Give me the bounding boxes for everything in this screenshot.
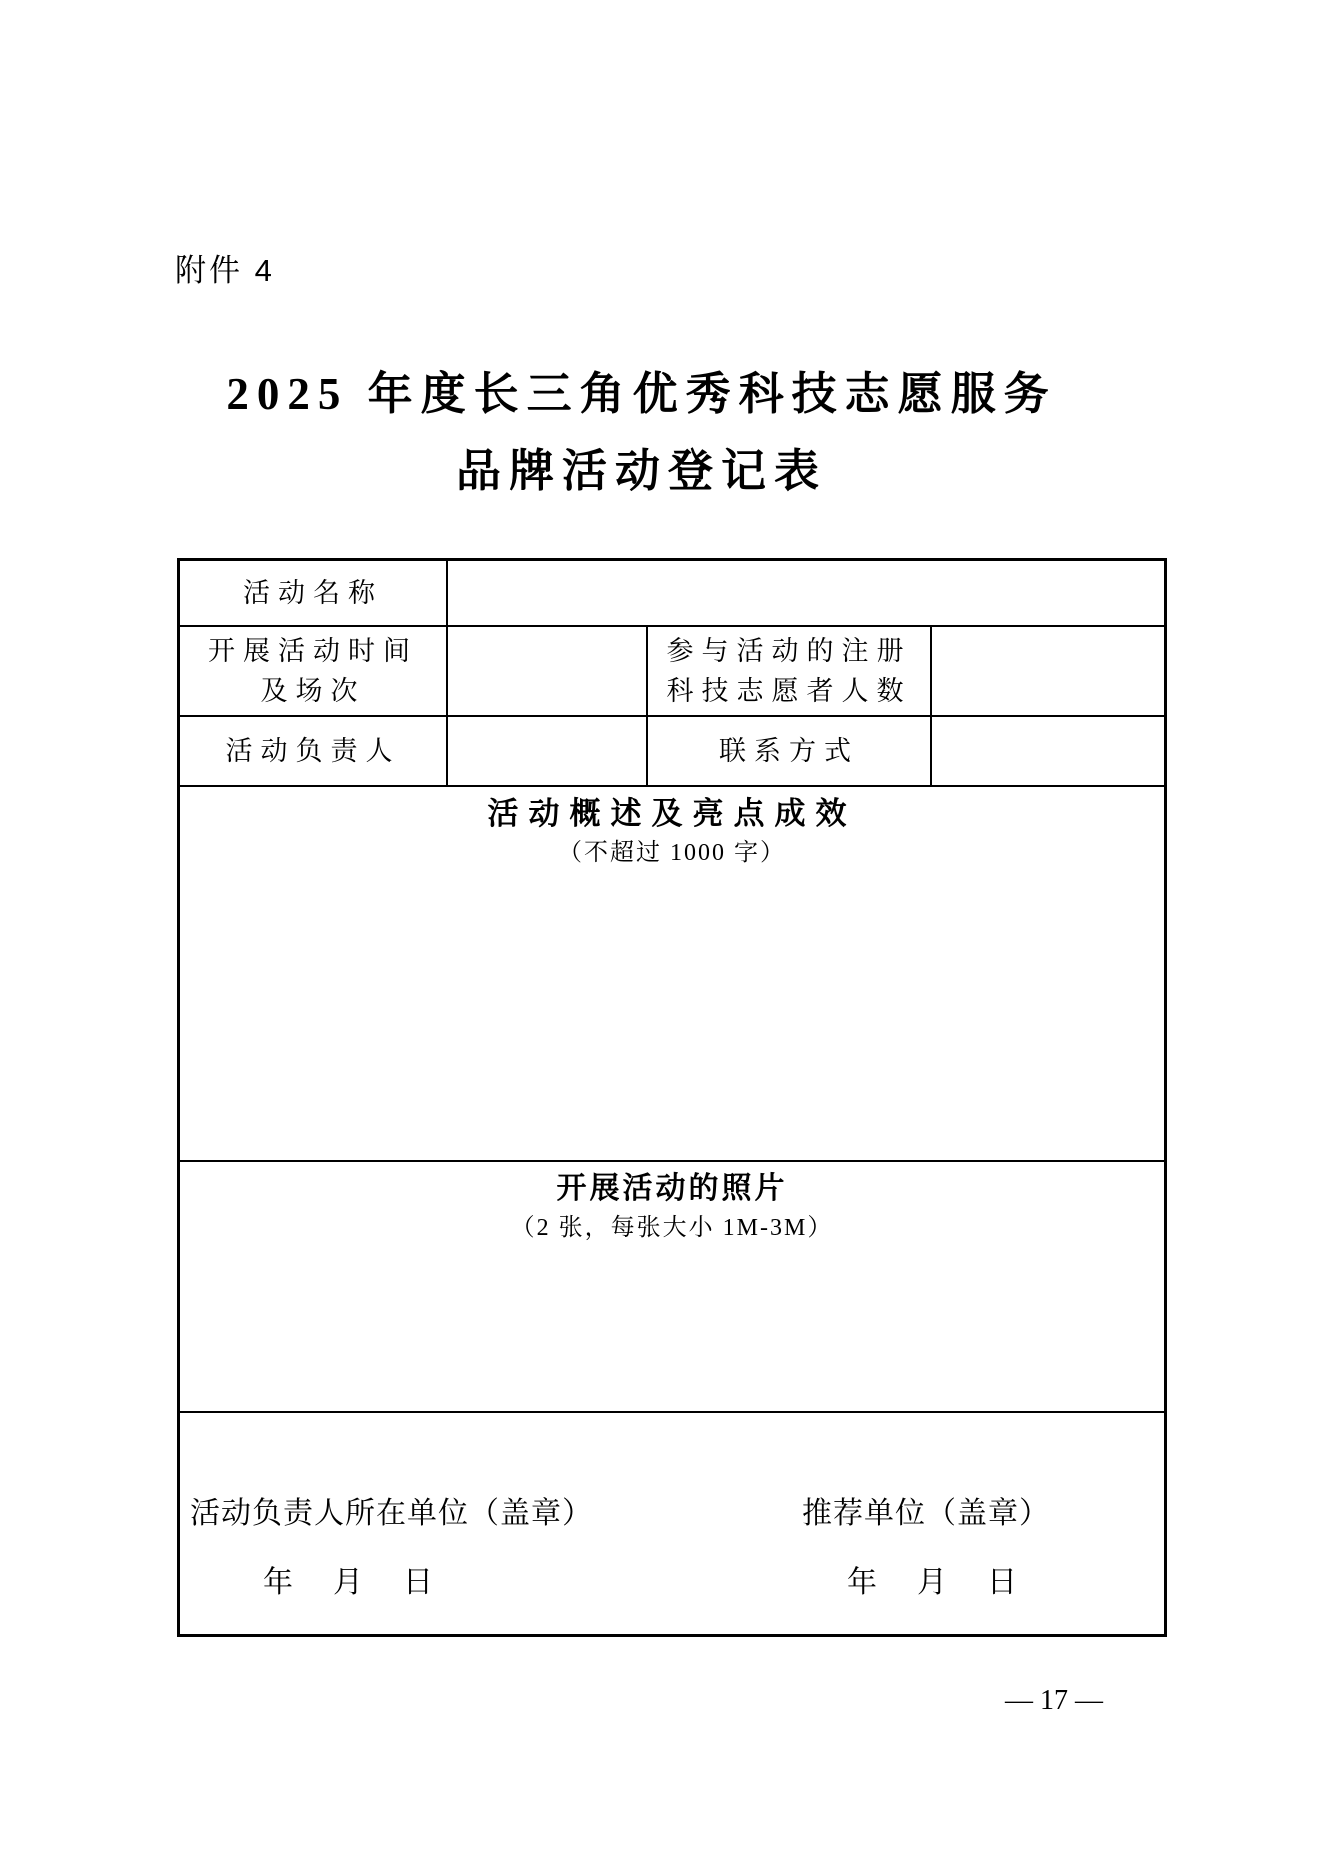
activity-name-label-cell: 活动名称	[180, 561, 448, 627]
leader-label: 活动负责人	[226, 731, 401, 771]
photos-header: 开展活动的照片 （2 张，每张大小 1M-3M）	[180, 1168, 1164, 1246]
photos-section-cell: 开展活动的照片 （2 张，每张大小 1M-3M）	[180, 1162, 1164, 1413]
overview-note: （不超过 1000 字）	[247, 835, 1097, 871]
attachment-label: 附件 4	[175, 245, 275, 290]
photos-note: （2 张，每张大小 1M-3M）	[180, 1210, 1164, 1246]
leader-label-cell: 活动负责人	[180, 717, 448, 787]
leader-field[interactable]	[448, 717, 648, 787]
form-title-line2: 品牌活动登记表	[0, 433, 1283, 510]
signature-section-cell: 活动负责人所在单位（盖章） 年 月 日 推荐单位（盖章） 年 月 日	[180, 1413, 1164, 1634]
contact-label-cell: 联系方式	[648, 717, 932, 787]
contact-field[interactable]	[932, 717, 1164, 787]
contact-label: 联系方式	[719, 731, 859, 771]
form-title: 2025 年度长三角优秀科技志愿服务 品牌活动登记表	[0, 356, 1283, 510]
overview-section-cell: 活动概述及亮点成效 （不超过 1000 字）	[180, 787, 1164, 1162]
overview-content-area[interactable]	[180, 871, 1164, 1160]
leader-unit-date: 年 月 日	[263, 1557, 435, 1601]
registration-form-table: 活动名称 开展活动时间 及场次 参与活动的注册 科技志愿者人数 活动负责人 联系…	[177, 558, 1167, 1637]
overview-title: 活动概述及亮点成效	[247, 793, 1097, 835]
recommending-unit-seal-label: 推荐单位（盖章）	[802, 1488, 1050, 1532]
overview-header: 活动概述及亮点成效 （不超过 1000 字）	[247, 793, 1097, 871]
time-sessions-field[interactable]	[448, 627, 648, 717]
leader-unit-seal-label: 活动负责人所在单位（盖章）	[190, 1488, 593, 1532]
time-sessions-label-cell: 开展活动时间 及场次	[180, 627, 448, 717]
activity-name-label: 活动名称	[243, 573, 383, 613]
registered-volunteers-label-line2: 科技志愿者人数	[667, 671, 912, 711]
registered-volunteers-field[interactable]	[932, 627, 1164, 717]
registered-volunteers-label-cell: 参与活动的注册 科技志愿者人数	[648, 627, 932, 717]
time-sessions-label-line2: 及场次	[261, 671, 366, 711]
activity-name-field[interactable]	[448, 561, 1164, 627]
page-number: — 17 —	[984, 1685, 1124, 1717]
photos-title: 开展活动的照片	[180, 1168, 1164, 1210]
recommending-unit-date: 年 月 日	[847, 1557, 1019, 1601]
document-page: 附件 4 2025 年度长三角优秀科技志愿服务 品牌活动登记表 活动名称 开展活…	[0, 0, 1323, 1871]
form-title-line1: 2025 年度长三角优秀科技志愿服务	[0, 356, 1283, 433]
photos-content-area[interactable]	[180, 1246, 1164, 1411]
registered-volunteers-label-line1: 参与活动的注册	[667, 631, 912, 671]
time-sessions-label-line1: 开展活动时间	[208, 631, 418, 671]
